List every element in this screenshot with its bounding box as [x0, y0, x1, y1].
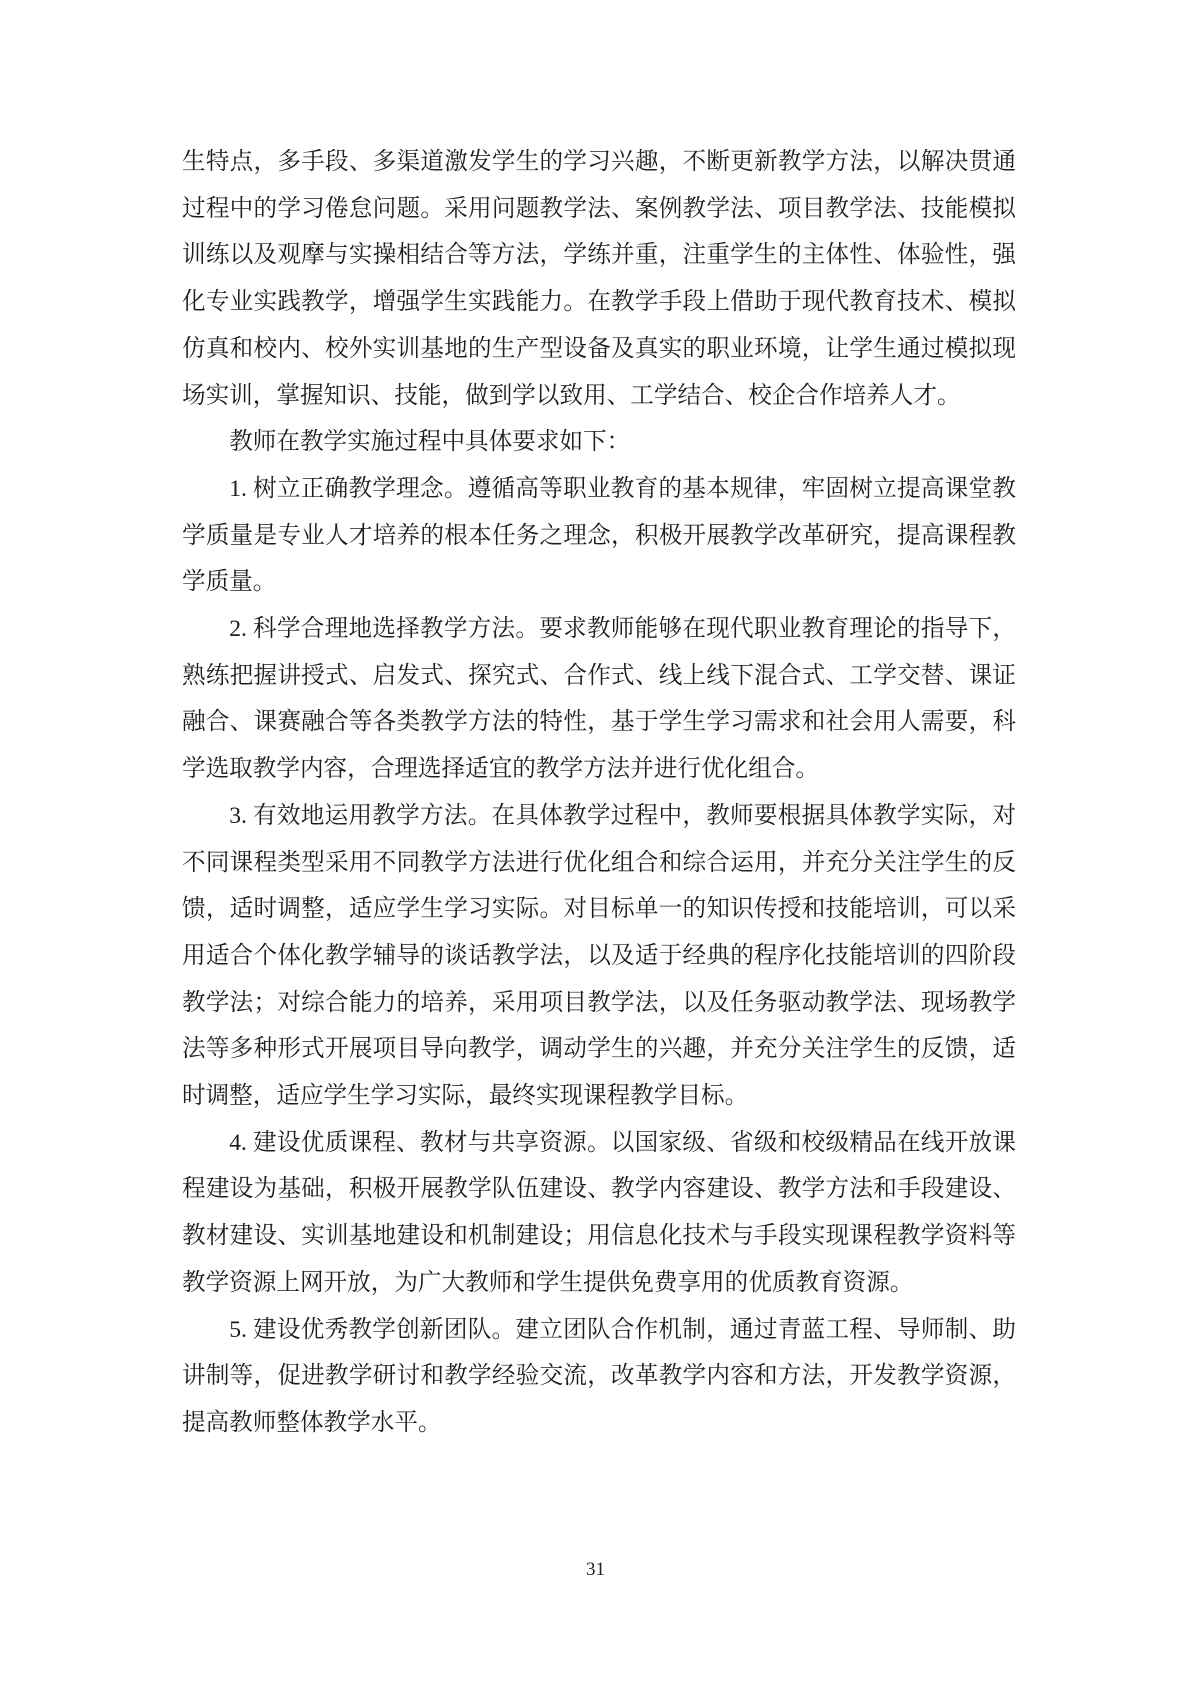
paragraph: 教师在教学实施过程中具体要求如下： — [182, 419, 1016, 466]
paragraph: 4. 建设优质课程、教材与共享资源。以国家级、省级和校级精品在线开放课程建设为基… — [182, 1120, 1016, 1307]
paragraph: 2. 科学合理地选择教学方法。要求教师能够在现代职业教育理论的指导下，熟练把握讲… — [182, 606, 1016, 793]
paragraph: 生特点，多手段、多渠道激发学生的学习兴趣，不断更新教学方法，以解决贯通过程中的学… — [182, 139, 1016, 419]
paragraph: 5. 建设优秀教学创新团队。建立团队合作机制，通过青蓝工程、导师制、助讲制等，促… — [182, 1307, 1016, 1447]
document-page: 生特点，多手段、多渠道激发学生的学习兴趣，不断更新教学方法，以解决贯通过程中的学… — [0, 0, 1191, 1684]
document-body: 生特点，多手段、多渠道激发学生的学习兴趣，不断更新教学方法，以解决贯通过程中的学… — [182, 139, 1016, 1447]
page-number: 31 — [0, 1558, 1191, 1582]
paragraph: 1. 树立正确教学理念。遵循高等职业教育的基本规律，牢固树立提高课堂教学质量是专… — [182, 466, 1016, 606]
paragraph: 3. 有效地运用教学方法。在具体教学过程中，教师要根据具体教学实际，对不同课程类… — [182, 793, 1016, 1120]
